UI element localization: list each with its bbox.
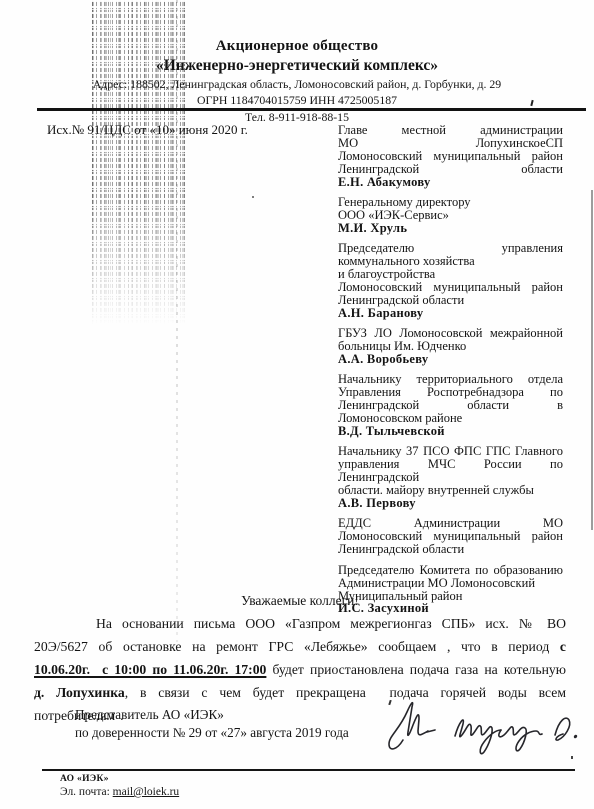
body-text-period-underlined: 10.06.20г. с 10:00 по 11.06.20г. 17:00 <box>34 662 266 677</box>
email-link[interactable]: mail@loiek.ru <box>113 786 179 798</box>
recipient-name: А.В. Первову <box>338 497 563 510</box>
outgoing-ref-line: Исх.№ 91/ЦДС от «10» июня 2020 г. <box>47 122 248 138</box>
recipient-line: ООО «ИЭК-Сервис» <box>338 209 563 222</box>
recipient-block-3: Председателю управлениякоммунального хоз… <box>338 242 563 319</box>
recipient-line: Ленинградской области <box>338 163 563 176</box>
recipient-block-6: Начальнику 37 ПСО ФПС ГПС Главногоуправл… <box>338 445 563 510</box>
recipient-line: Ломоносовский муниципальный район <box>338 150 563 163</box>
footer: АО «ИЭК» Эл. почта: mail@loiek.ru <box>60 774 179 798</box>
footer-divider <box>42 769 575 771</box>
body-text-mid: будет приостановлена подача газа на коте… <box>266 662 566 677</box>
org-name-line2: «Инженерно-энергетический комплекс» <box>0 57 594 75</box>
recipient-line: Ломоносовский муниципальный район <box>338 281 563 294</box>
letterhead: Акционерное общество «Инженерно-энергети… <box>0 38 594 125</box>
recipient-name: М.И. Хруль <box>338 222 563 235</box>
footer-org-name: АО «ИЭК» <box>60 774 179 784</box>
org-address: Адрес: 188502, Ленинградская область, Ло… <box>0 77 594 92</box>
recipient-line: Ленинградской области <box>338 543 563 556</box>
recipients-column: Главе местной администрацииМО Лопухинско… <box>338 124 563 623</box>
recipient-line: Администрации МО Ломоносовский <box>338 577 563 590</box>
scan-page-edge-artifact <box>591 190 593 530</box>
signoff-power-of-attorney: по доверенности № 29 от «27» августа 201… <box>75 724 349 742</box>
body-text-pre: На основании письма ООО «Газпром межреги… <box>34 616 566 654</box>
recipient-name: Е.Н. Абакумову <box>338 176 563 189</box>
scan-speck-artifact <box>252 196 254 198</box>
org-name-line1: Акционерное общество <box>0 38 594 55</box>
letterhead-divider <box>37 108 586 111</box>
handwritten-signature <box>383 690 583 766</box>
recipient-line: Генеральному директору <box>338 196 563 209</box>
recipient-line: МО ЛопухинскоеСП <box>338 137 563 150</box>
body-text-boiler-location: д. Лопухинка <box>34 685 125 700</box>
recipient-line: Главе местной администрации <box>338 124 563 137</box>
recipient-name: В.Д. Тыльчевской <box>338 425 563 438</box>
signoff-representative: Представитель АО «ИЭК» <box>75 706 349 724</box>
recipient-line: Ленинградской области <box>338 294 563 307</box>
letter-page: Акционерное общество «Инженерно-энергети… <box>0 0 594 809</box>
recipient-block-1: Главе местной администрацииМО Лопухинско… <box>338 124 563 189</box>
org-ogrn-inn: ОГРН 1184704015759 ИНН 4725005187 <box>0 93 594 108</box>
recipient-block-7: ЕДДС Администрации МОЛомоносовский муниц… <box>338 517 563 556</box>
recipient-block-2: Генеральному директоруООО «ИЭК-Сервис»М.… <box>338 196 563 235</box>
body-text-bold-c: с <box>560 639 566 654</box>
recipient-block-4: ГБУЗ ЛО Ломоносовской межрайоннойбольниц… <box>338 327 563 366</box>
salutation: Уважаемые коллеги! <box>35 593 565 609</box>
recipient-line: Председателю Комитета по образованию <box>338 564 563 577</box>
recipient-block-5: Начальнику территориального отделаУправл… <box>338 373 563 438</box>
signoff-block: Представитель АО «ИЭК» по доверенности №… <box>75 706 349 741</box>
recipient-name: А.А. Воробьеву <box>338 353 563 366</box>
recipient-name: А.Н. Баранову <box>338 307 563 320</box>
footer-email-label: Эл. почта: <box>60 786 110 798</box>
footer-email-line: Эл. почта: mail@loiek.ru <box>60 786 179 798</box>
recipient-line: управления МЧС России по Ленинградской <box>338 458 563 484</box>
